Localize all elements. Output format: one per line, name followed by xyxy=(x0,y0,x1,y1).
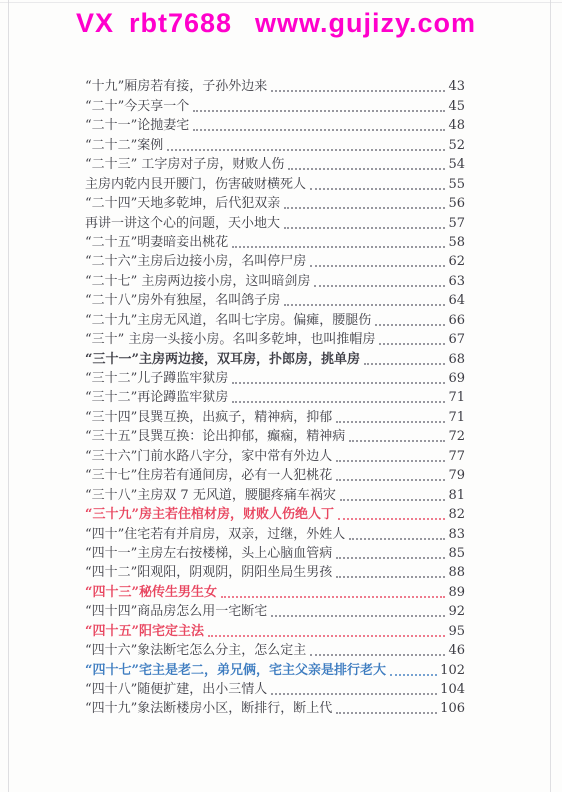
scan-edge-top xyxy=(0,2,562,3)
dot-leader xyxy=(232,246,445,248)
toc-entry-page: 104 xyxy=(440,682,465,698)
toc-entry-page: 92 xyxy=(448,604,465,620)
toc-entry: “三十二”再论蹲监牢狱房71 xyxy=(85,387,465,406)
toc-entry: “三十二”儿子蹲监牢狱房69 xyxy=(85,368,465,387)
toc-entry-title: “四十九”象法断楼房小区，断排行，断上代 xyxy=(85,701,332,717)
toc-entry-title: “三十四”艮巽互换，出疯子，精神病，抑郁 xyxy=(85,410,332,426)
dot-leader xyxy=(271,693,437,695)
toc-entry-page: 68 xyxy=(448,352,465,368)
toc-entry: “二十四”天地多乾坤，后代犯双亲56 xyxy=(85,193,465,212)
toc-entry-title: “三十八”主房双 7 无风道，腰腿疼痛车祸灾 xyxy=(85,488,336,504)
toc-entry-title: “四十四”商品房怎么用一宅断宅 xyxy=(85,604,267,620)
dot-leader xyxy=(232,401,445,403)
toc-entry-page: 64 xyxy=(448,293,465,309)
toc-entry-title: “二十六”主房后边接小房，名叫停尸房 xyxy=(85,254,306,270)
dot-leader xyxy=(284,227,445,229)
dot-leader xyxy=(284,304,445,306)
toc-entry-page: 58 xyxy=(448,235,465,251)
toc-entry: “二十九”主房无风道，名叫七字房。偏瘫，腰腿伤66 xyxy=(85,309,465,328)
toc-entry-title: “四十六”象法断宅怎么分主，怎么定主 xyxy=(85,643,306,659)
toc-entry-page: 45 xyxy=(448,99,465,115)
toc-entry-title: 主房内乾内艮开腰门，伤害破财横死人 xyxy=(85,177,306,193)
toc-entry: “四十九”象法断楼房小区，断排行，断上代106 xyxy=(85,698,465,717)
dot-leader xyxy=(336,479,445,481)
dot-leader xyxy=(310,265,445,267)
dot-leader xyxy=(364,363,445,365)
toc-entry: “四十四”商品房怎么用一宅断宅92 xyxy=(85,601,465,620)
toc-entry: “四十六”象法断宅怎么分主，怎么定主46 xyxy=(85,640,465,659)
toc-entry: “三十八”主房双 7 无风道，腰腿疼痛车祸灾81 xyxy=(85,484,465,503)
toc-entry-page: 85 xyxy=(448,546,465,562)
toc-entry-page: 83 xyxy=(448,527,465,543)
dot-leader xyxy=(167,149,445,151)
toc-entry-page: 63 xyxy=(448,274,465,290)
dot-leader xyxy=(336,460,445,462)
toc-entry: “二十一”论抛妻宅48 xyxy=(85,115,465,134)
toc-entry-page: 89 xyxy=(448,585,465,601)
toc-entry-title: “二十”今天享一个 xyxy=(85,99,189,115)
dot-leader xyxy=(349,440,445,442)
toc-entry-page: 106 xyxy=(440,701,465,717)
watermark-vx-id: rbt7688 xyxy=(129,8,232,39)
toc-entry: “二十八”房外有独屋，名叫鸽子房64 xyxy=(85,290,465,309)
toc-entry: “二十六”主房后边接小房，名叫停尸房62 xyxy=(85,251,465,270)
toc-entry: “二十七” 主房两边接小房，这叫暗剑房63 xyxy=(85,270,465,289)
watermark-vx-label: VX xyxy=(76,8,114,39)
toc-entry: “二十二”案例52 xyxy=(85,134,465,153)
toc-entry-page: 54 xyxy=(448,157,465,173)
toc-entry: 主房内乾内艮开腰门，伤害破财横死人55 xyxy=(85,173,465,192)
dot-leader xyxy=(375,324,445,326)
toc-entry: “四十七”宅主是老二，弟兄俩，宅主父亲是排行老大102 xyxy=(85,659,465,678)
toc-entry: “二十五”明妻暗妾出桃花58 xyxy=(85,232,465,251)
toc-entry-title: “三十六”门前水路八字分，家中常有外边人 xyxy=(85,449,332,465)
dot-leader xyxy=(338,518,445,520)
dot-leader xyxy=(314,285,445,287)
toc-list: “十九”厢房若有接，子孙外边来43“二十”今天享一个45“二十一”论抛妻宅48“… xyxy=(85,76,465,717)
toc-entry-title: “三十” 主房一头接小房。名叫多乾坤，也叫推帽房 xyxy=(85,332,375,348)
toc-entry: “十九”厢房若有接，子孙外边来43 xyxy=(85,76,465,95)
dot-leader xyxy=(336,712,437,714)
dot-leader xyxy=(336,576,445,578)
toc-entry: “四十二”阳观阳，阴观阴，阴阳坐局生男孩88 xyxy=(85,562,465,581)
toc-entry-page: 95 xyxy=(448,624,465,640)
toc-entry-title: “二十五”明妻暗妾出桃花 xyxy=(85,235,228,251)
toc-entry-page: 66 xyxy=(448,313,465,329)
scan-edge-left xyxy=(8,0,9,792)
toc-entry-page: 102 xyxy=(440,663,465,679)
dot-leader xyxy=(310,188,445,190)
toc-entry-title: “二十八”房外有独屋，名叫鸽子房 xyxy=(85,293,280,309)
dot-leader xyxy=(271,90,445,92)
toc-entry-page: 43 xyxy=(448,79,465,95)
dot-leader xyxy=(208,635,445,637)
dot-leader xyxy=(340,499,446,501)
dot-leader xyxy=(193,129,445,131)
dot-leader xyxy=(349,538,445,540)
toc-entry-page: 67 xyxy=(448,332,465,348)
scan-edge-right xyxy=(550,0,551,792)
watermark-site-url: www.gujizy.com xyxy=(255,8,476,39)
toc-entry-title: “四十三”秘传生男生女 xyxy=(85,585,217,601)
toc-entry-page: 71 xyxy=(448,410,465,426)
toc-entry-page: 46 xyxy=(448,643,465,659)
toc-entry: “四十五”阳宅定主法95 xyxy=(85,620,465,639)
toc-entry-title: “三十五”艮巽互换：论出抑郁，癫痫，精神病 xyxy=(85,429,345,445)
toc-entry-page: 62 xyxy=(448,254,465,270)
toc-entry-page: 77 xyxy=(448,449,465,465)
toc-entry-page: 48 xyxy=(448,118,465,134)
toc-entry-title: “三十一”主房两边接，双耳房，扑郎房，挑单房 xyxy=(85,352,360,368)
toc-entry: “三十四”艮巽互换，出疯子，精神病，抑郁71 xyxy=(85,406,465,425)
toc-entry-page: 56 xyxy=(448,196,465,212)
toc-entry: “四十八”随便扩建，出小三情人104 xyxy=(85,679,465,698)
toc-entry-title: “三十二”再论蹲监牢狱房 xyxy=(85,390,228,406)
toc-entry-page: 71 xyxy=(448,390,465,406)
toc-entry: “四十”住宅若有并肩房，双亲，过继，外姓人83 xyxy=(85,523,465,542)
toc-entry-page: 52 xyxy=(448,138,465,154)
dot-leader xyxy=(221,596,445,598)
toc-entry-title: “四十”住宅若有并肩房，双亲，过继，外姓人 xyxy=(85,527,345,543)
toc-entry-title: “二十一”论抛妻宅 xyxy=(85,118,189,134)
toc-entry-title: “二十七” 主房两边接小房，这叫暗剑房 xyxy=(85,274,310,290)
toc-entry-page: 55 xyxy=(448,177,465,193)
toc-entry-title: “四十五”阳宅定主法 xyxy=(85,624,204,640)
toc-entry-title: “三十七”住房若有通间房，必有一人犯桃花 xyxy=(85,468,332,484)
toc-entry-page: 57 xyxy=(448,216,465,232)
toc-entry-title: “四十八”随便扩建，出小三情人 xyxy=(85,682,267,698)
toc-entry-title: “二十二”案例 xyxy=(85,138,163,154)
dot-leader xyxy=(336,421,445,423)
toc-entry-title: “四十七”宅主是老二，弟兄俩，宅主父亲是排行老大 xyxy=(85,663,386,679)
toc-entry-title: “四十二”阳观阳，阴观阴，阴阳坐局生男孩 xyxy=(85,565,332,581)
dot-leader xyxy=(310,654,445,656)
toc-entry-title: “二十九”主房无风道，名叫七字房。偏瘫，腰腿伤 xyxy=(85,313,371,329)
watermark-header: VX rbt7688 www.gujizy.com xyxy=(0,8,557,39)
toc-entry-title: “十九”厢房若有接，子孙外边来 xyxy=(85,79,267,95)
toc-entry-title: “二十四”天地多乾坤，后代犯双亲 xyxy=(85,196,280,212)
toc-entry: “三十” 主房一头接小房。名叫多乾坤，也叫推帽房67 xyxy=(85,329,465,348)
toc-entry-page: 82 xyxy=(448,507,465,523)
toc-entry: “三十一”主房两边接，双耳房，扑郎房，挑单房68 xyxy=(85,348,465,367)
toc-entry-title: “二十三” 工字房对子房，财败人伤 xyxy=(85,157,284,173)
toc-entry: “三十六”门前水路八字分，家中常有外边人77 xyxy=(85,445,465,464)
toc-entry-title: “三十二”儿子蹲监牢狱房 xyxy=(85,371,228,387)
toc-entry: 再讲一讲这个心的问题，天小地大57 xyxy=(85,212,465,231)
toc-entry: “四十一”主房左右按楼梯，头上心脑血管病85 xyxy=(85,543,465,562)
scanned-toc-page: VX rbt7688 www.gujizy.com “十九”厢房若有接，子孙外边… xyxy=(0,0,562,792)
dot-leader xyxy=(379,343,445,345)
toc-entry-page: 81 xyxy=(448,488,465,504)
dot-leader xyxy=(271,615,445,617)
toc-entry-page: 72 xyxy=(448,429,465,445)
toc-entry-page: 69 xyxy=(448,371,465,387)
toc-entry-page: 79 xyxy=(448,468,465,484)
dot-leader xyxy=(336,557,445,559)
dot-leader xyxy=(284,207,445,209)
dot-leader xyxy=(288,168,445,170)
dot-leader xyxy=(193,110,445,112)
toc-entry: “三十七”住房若有通间房，必有一人犯桃花79 xyxy=(85,465,465,484)
toc-entry-page: 88 xyxy=(448,565,465,581)
dot-leader xyxy=(390,674,437,676)
toc-entry: “三十五”艮巽互换：论出抑郁，癫痫，精神病72 xyxy=(85,426,465,445)
toc-entry: “四十三”秘传生男生女89 xyxy=(85,581,465,600)
toc-entry-title: “四十一”主房左右按楼梯，头上心脑血管病 xyxy=(85,546,332,562)
toc-entry-title: “三十九”房主若住棺材房，财败人伤绝人丁 xyxy=(85,507,334,523)
toc-entry: “二十三” 工字房对子房，财败人伤54 xyxy=(85,154,465,173)
toc-entry: “三十九”房主若住棺材房，财败人伤绝人丁82 xyxy=(85,504,465,523)
dot-leader xyxy=(232,382,445,384)
toc-entry-title: 再讲一讲这个心的问题，天小地大 xyxy=(85,216,280,232)
toc-entry: “二十”今天享一个45 xyxy=(85,95,465,114)
